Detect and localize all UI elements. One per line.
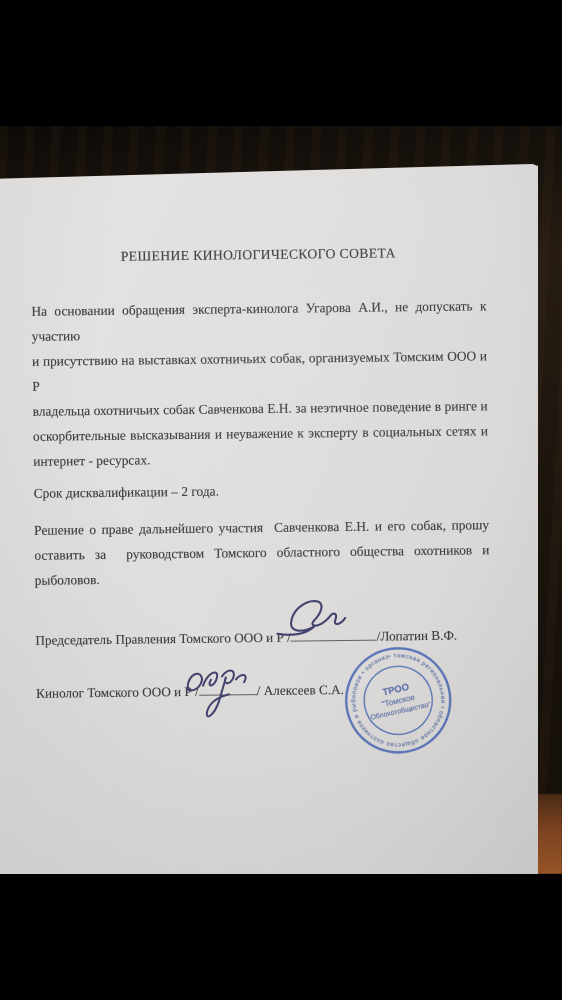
signature-underline-kynologist	[199, 682, 257, 696]
photo-viewer: РЕШЕНИЕ КИНОЛОГИЧЕСКОГО СОВЕТА На основа…	[0, 0, 562, 1000]
kynologist-label: Кинолог Томского ООО и Р /	[36, 684, 199, 701]
document-page: РЕШЕНИЕ КИНОЛОГИЧЕСКОГО СОВЕТА На основа…	[0, 164, 538, 874]
document-title: РЕШЕНИЕ КИНОЛОГИЧЕСКОГО СОВЕТА	[31, 243, 486, 267]
bottom-letterbox-bar	[0, 874, 562, 1000]
text-line: Срок дисквалификации – 2 года.	[34, 475, 489, 506]
document-content: РЕШЕНИЕ КИНОЛОГИЧЕСКОГО СОВЕТА На основа…	[0, 243, 542, 960]
chairman-label: Председатель Правления Томского ООО и Р …	[35, 630, 290, 648]
wood-table-surface	[535, 794, 562, 874]
disqualification-term-line: Срок дисквалификации – 2 года.	[34, 475, 489, 506]
text-line: и присутствию на выставках охотничьих со…	[32, 343, 488, 399]
photo-background: РЕШЕНИЕ КИНОЛОГИЧЕСКОГО СОВЕТА На основа…	[0, 126, 562, 874]
official-stamp: • томская региональная • областное общес…	[342, 644, 455, 757]
chairman-name: /Лопатин В.Ф.	[377, 628, 458, 644]
paragraph-future-participation: Решение о праве дальнейшего участия Савч…	[34, 512, 490, 593]
top-letterbox-bar	[0, 0, 562, 126]
text-line: оставить за руководством Томского област…	[34, 537, 490, 593]
paragraph-decision: На основании обращения эксперта-кинолога…	[31, 293, 488, 474]
text-line: На основании обращения эксперта-кинолога…	[31, 293, 487, 349]
text-line: интернет - ресурсах.	[33, 443, 488, 474]
kynologist-name: / Алексеев С.А.	[257, 682, 344, 698]
signature-underline-chairman	[291, 628, 377, 642]
